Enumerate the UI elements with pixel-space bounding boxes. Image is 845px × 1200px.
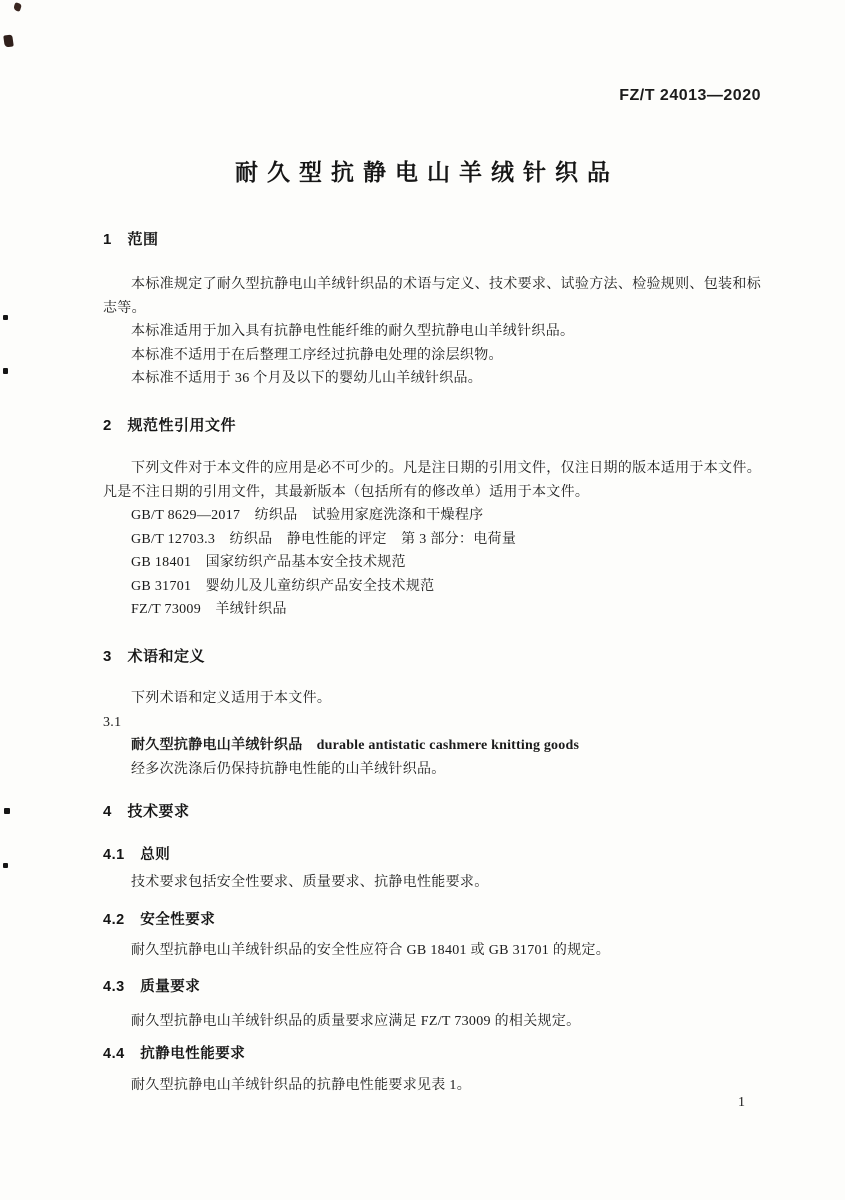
subsection-43-heading: 4.3 质量要求: [103, 978, 200, 996]
document-title: 耐久型抗静电山羊绒针织品: [0, 161, 845, 184]
paragraph: 本标准不适用于 36 个月及以下的婴幼儿山羊绒针织品。: [103, 367, 761, 391]
reference-item: GB/T 8629—2017 纺织品 试验用家庭洗涤和干燥程序: [103, 504, 761, 528]
subsection-number: 4.4: [103, 1046, 125, 1062]
scan-speck: [3, 368, 8, 374]
ink-smudge: [3, 34, 14, 47]
term-number: 3.1: [103, 711, 761, 735]
section-title: 范围: [128, 231, 159, 248]
term-definition: 经多次洗涤后仍保持抗静电性能的山羊绒针织品。: [103, 758, 761, 782]
page-number: 1: [738, 1095, 745, 1111]
section-title: 技术要求: [128, 803, 190, 820]
section-terms-heading: 3 术语和定义: [103, 648, 205, 666]
paragraph: 本标准不适用于在后整理工序经过抗静电处理的涂层织物。: [103, 344, 761, 368]
reference-item: GB/T 12703.3 纺织品 静电性能的评定 第 3 部分：电荷量: [103, 528, 761, 552]
scan-speck: [3, 315, 8, 320]
paragraph: 耐久型抗静电山羊绒针织品的质量要求应满足 FZ/T 73009 的相关规定。: [103, 1010, 761, 1034]
subsection-number: 4.2: [103, 912, 125, 928]
section-number: 1: [103, 231, 112, 248]
paragraph: 下列术语和定义适用于本文件。: [103, 687, 761, 711]
reference-item: GB 31701 婴幼儿及儿童纺织产品安全技术规范: [103, 575, 761, 599]
subsection-title: 总则: [140, 847, 170, 863]
ink-smudge: [13, 2, 22, 12]
term-zh: 耐久型抗静电山羊绒针织品: [131, 738, 303, 753]
subsection-title: 质量要求: [140, 979, 200, 995]
reference-item: FZ/T 73009 羊绒针织品: [103, 598, 761, 622]
subsection-title: 安全性要求: [140, 912, 215, 928]
subsection-42-body: 耐久型抗静电山羊绒针织品的安全性应符合 GB 18401 或 GB 31701 …: [103, 939, 761, 963]
section-terms-body: 下列术语和定义适用于本文件。 3.1 耐久型抗静电山羊绒针织品durable a…: [103, 687, 761, 781]
scan-speck: [3, 863, 8, 868]
subsection-number: 4.1: [103, 847, 125, 863]
subsection-44-body: 耐久型抗静电山羊绒针织品的抗静电性能要求见表 1。: [103, 1074, 761, 1098]
subsection-number: 4.3: [103, 979, 125, 995]
term-en: durable antistatic cashmere knitting goo…: [317, 738, 580, 753]
document-page: FZ/T 24013—2020 耐久型抗静电山羊绒针织品 1 范围 本标准规定了…: [0, 0, 845, 1200]
reference-item: GB 18401 国家纺织产品基本安全技术规范: [103, 551, 761, 575]
subsection-43-body: 耐久型抗静电山羊绒针织品的质量要求应满足 FZ/T 73009 的相关规定。: [103, 1010, 761, 1034]
subsection-41-heading: 4.1 总则: [103, 846, 170, 864]
subsection-41-body: 技术要求包括安全性要求、质量要求、抗静电性能要求。: [103, 871, 761, 895]
paragraph: 耐久型抗静电山羊绒针织品的抗静电性能要求见表 1。: [103, 1074, 761, 1098]
section-number: 3: [103, 648, 112, 665]
section-requirements-heading: 4 技术要求: [103, 803, 190, 821]
section-title: 规范性引用文件: [128, 417, 237, 434]
term-entry: 耐久型抗静电山羊绒针织品durable antistatic cashmere …: [103, 734, 761, 758]
standard-code: FZ/T 24013—2020: [619, 88, 761, 104]
subsection-title: 抗静电性能要求: [140, 1046, 245, 1062]
paragraph: 下列文件对于本文件的应用是必不可少的。凡是注日期的引用文件，仅注日期的版本适用于…: [103, 457, 761, 504]
section-references-heading: 2 规范性引用文件: [103, 417, 236, 435]
section-title: 术语和定义: [128, 648, 206, 665]
paragraph: 技术要求包括安全性要求、质量要求、抗静电性能要求。: [103, 871, 761, 895]
subsection-42-heading: 4.2 安全性要求: [103, 911, 215, 929]
section-scope-body: 本标准规定了耐久型抗静电山羊绒针织品的术语与定义、技术要求、试验方法、检验规则、…: [103, 273, 761, 391]
subsection-44-heading: 4.4 抗静电性能要求: [103, 1045, 245, 1063]
paragraph: 本标准适用于加入具有抗静电性能纤维的耐久型抗静电山羊绒针织品。: [103, 320, 761, 344]
scan-speck: [4, 808, 10, 814]
section-references-body: 下列文件对于本文件的应用是必不可少的。凡是注日期的引用文件，仅注日期的版本适用于…: [103, 457, 761, 622]
section-scope-heading: 1 范围: [103, 231, 159, 249]
section-number: 2: [103, 417, 112, 434]
paragraph: 本标准规定了耐久型抗静电山羊绒针织品的术语与定义、技术要求、试验方法、检验规则、…: [103, 273, 761, 320]
paragraph: 耐久型抗静电山羊绒针织品的安全性应符合 GB 18401 或 GB 31701 …: [103, 939, 761, 963]
section-number: 4: [103, 803, 112, 820]
